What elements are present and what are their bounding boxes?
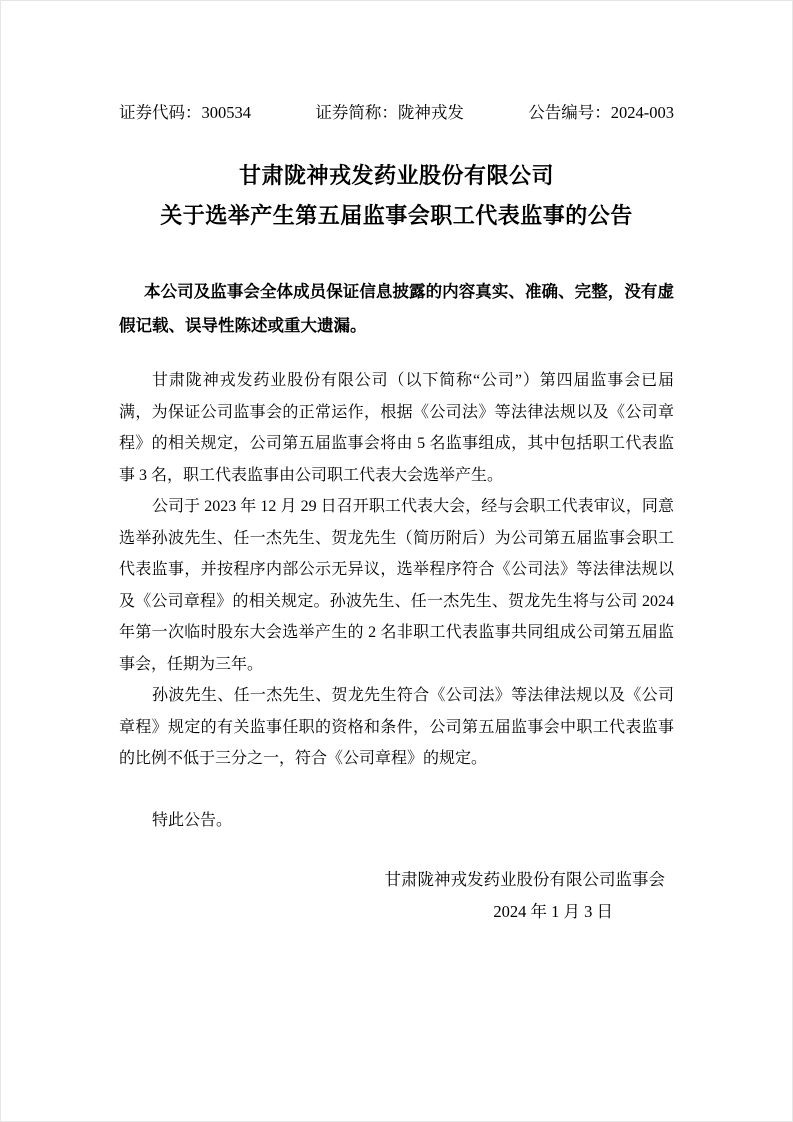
securities-info-row: 证券代码：300534 证券简称：陇神戎发 公告编号：2024-003 — [119, 102, 674, 124]
signature-date: 2024 年 1 月 3 日 — [119, 896, 674, 928]
company-title: 甘肃陇神戎发药业股份有限公司 — [119, 156, 674, 196]
body-paragraph-2: 公司于 2023 年 12 月 29 日召开职工代表大会，经与会职工代表审议，同… — [119, 491, 674, 680]
title-block: 甘肃陇神戎发药业股份有限公司 关于选举产生第五届监事会职工代表监事的公告 — [119, 156, 674, 236]
announcement-title: 关于选举产生第五届监事会职工代表监事的公告 — [119, 196, 674, 236]
stock-abbreviation: 证券简称：陇神戎发 — [315, 102, 464, 124]
announcement-number: 公告编号：2024-003 — [528, 102, 674, 124]
body-paragraph-1: 甘肃陇神戎发药业股份有限公司（以下简称“公司”）第四届监事会已届满，为保证公司监… — [119, 365, 674, 491]
closing-note: 特此公告。 — [119, 805, 674, 837]
page-content: 证券代码：300534 证券简称：陇神戎发 公告编号：2024-003 甘肃陇神… — [1, 1, 792, 927]
body-paragraph-3: 孙波先生、任一杰先生、贺龙先生符合《公司法》等法律法规以及《公司章程》规定的有关… — [119, 680, 674, 775]
announcement-page: 证券代码：300534 证券简称：陇神戎发 公告编号：2024-003 甘肃陇神… — [0, 0, 793, 1122]
stock-code: 证券代码：300534 — [119, 102, 251, 124]
disclosure-statement: 本公司及监事会全体成员保证信息披露的内容真实、准确、完整，没有虚假记载、误导性陈… — [119, 275, 674, 343]
signature-company: 甘肃陇神戎发药业股份有限公司监事会 — [119, 864, 674, 896]
